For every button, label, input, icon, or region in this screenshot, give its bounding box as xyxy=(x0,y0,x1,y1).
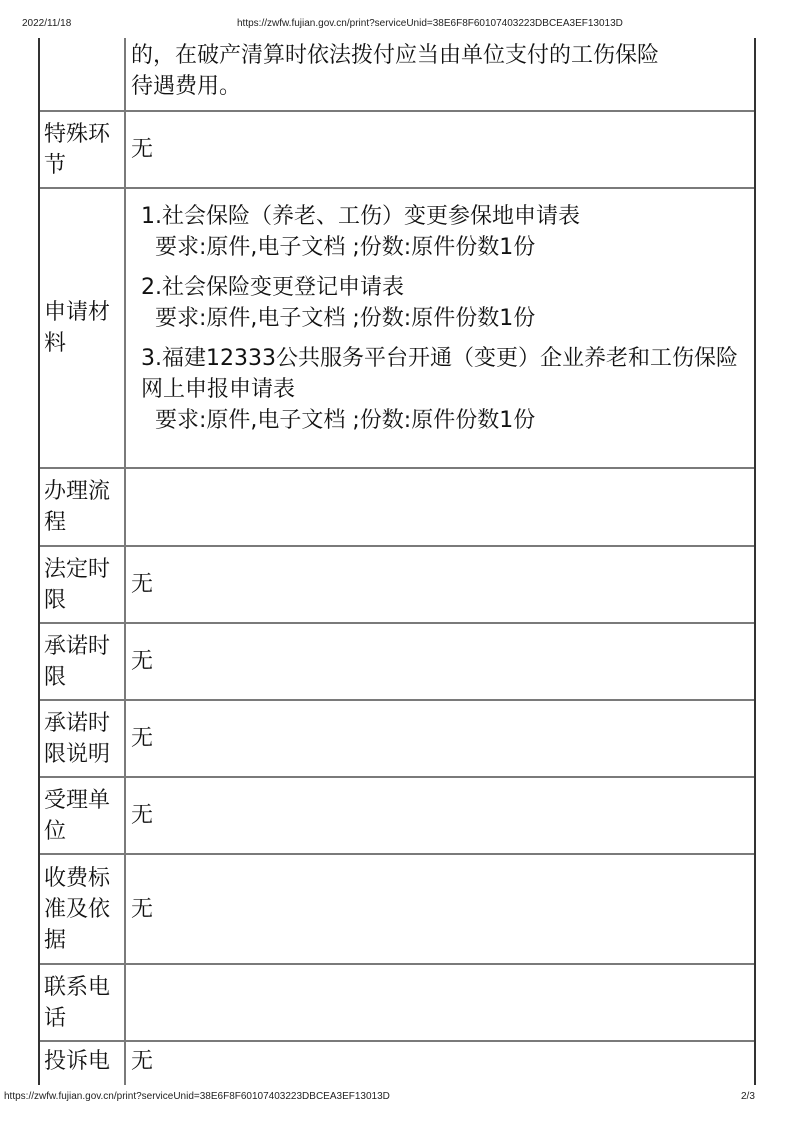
row-value: 无 xyxy=(128,778,754,853)
print-url-footer: https://zwfw.fujian.gov.cn/print?service… xyxy=(4,1091,390,1102)
row-label: 联系电话 xyxy=(40,965,126,1040)
row-value: 无 xyxy=(128,547,754,622)
page-number: 2/3 xyxy=(741,1091,755,1102)
row-value: 无 xyxy=(128,1042,754,1085)
row-label: 承诺时限 xyxy=(40,624,126,699)
continued-text-line1: 的，在破产清算时依法拨付应当由单位支付的工伤保险 xyxy=(131,40,659,71)
material-title: 1.社会保险（养老、工伤）变更参保地申请表 xyxy=(141,201,741,232)
row-value: 无 xyxy=(128,624,754,699)
material-title: 3.福建12333公共服务平台开通（变更）企业养老和工伤保险网上申报申请表 xyxy=(141,343,741,405)
table-row-legal-limit: 法定时限 无 xyxy=(40,547,754,624)
materials-list: 1.社会保险（养老、工伤）变更参保地申请表 要求:原件,电子文档 ;份数:原件份… xyxy=(128,189,754,467)
row-value: 无 xyxy=(128,701,754,776)
row-label: 受理单位 xyxy=(40,778,126,853)
row-value: 的，在破产清算时依法拨付应当由单位支付的工伤保险 待遇费用。 xyxy=(128,38,754,110)
table-row-continued: 的，在破产清算时依法拨付应当由单位支付的工伤保险 待遇费用。 xyxy=(40,38,754,112)
row-label xyxy=(40,38,126,110)
row-value xyxy=(128,469,754,545)
material-requirement: 要求:原件,电子文档 ;份数:原件份数1份 xyxy=(141,405,741,436)
table-row-materials: 申请材料 1.社会保险（养老、工伤）变更参保地申请表 要求:原件,电子文档 ;份… xyxy=(40,189,754,469)
material-requirement: 要求:原件,电子文档 ;份数:原件份数1份 xyxy=(141,303,741,334)
table-row-complaint-phone: 投诉电 无 xyxy=(40,1042,754,1085)
table-row-fee-standard: 收费标准及依据 无 xyxy=(40,855,754,965)
row-label: 承诺时限说明 xyxy=(40,701,126,776)
table-row-process: 办理流程 xyxy=(40,469,754,547)
table-row-special-step: 特殊环节 无 xyxy=(40,112,754,189)
row-label: 特殊环节 xyxy=(40,112,126,187)
service-info-table: 的，在破产清算时依法拨付应当由单位支付的工伤保险 待遇费用。 特殊环节 无 申请… xyxy=(38,38,756,1085)
row-label: 办理流程 xyxy=(40,469,126,545)
material-item: 2.社会保险变更登记申请表 要求:原件,电子文档 ;份数:原件份数1份 xyxy=(141,272,741,334)
row-label: 申请材料 xyxy=(40,189,126,467)
table-row-accepting-unit: 受理单位 无 xyxy=(40,778,754,855)
row-value: 无 xyxy=(128,112,754,187)
print-date: 2022/11/18 xyxy=(22,18,71,29)
material-item: 1.社会保险（养老、工伤）变更参保地申请表 要求:原件,电子文档 ;份数:原件份… xyxy=(141,201,741,263)
material-requirement: 要求:原件,电子文档 ;份数:原件份数1份 xyxy=(141,232,741,263)
row-label: 收费标准及依据 xyxy=(40,855,126,963)
row-label: 法定时限 xyxy=(40,547,126,622)
row-value xyxy=(128,965,754,1040)
material-item: 3.福建12333公共服务平台开通（变更）企业养老和工伤保险网上申报申请表 要求… xyxy=(131,343,741,436)
continued-text-line2: 待遇费用。 xyxy=(131,71,659,102)
print-url-header: https://zwfw.fujian.gov.cn/print?service… xyxy=(237,18,623,29)
material-title: 2.社会保险变更登记申请表 xyxy=(141,272,741,303)
row-label: 投诉电 xyxy=(40,1042,126,1085)
table-row-promised-limit-note: 承诺时限说明 无 xyxy=(40,701,754,778)
row-value: 无 xyxy=(128,855,754,963)
table-row-promised-limit: 承诺时限 无 xyxy=(40,624,754,701)
table-row-contact-phone: 联系电话 xyxy=(40,965,754,1042)
